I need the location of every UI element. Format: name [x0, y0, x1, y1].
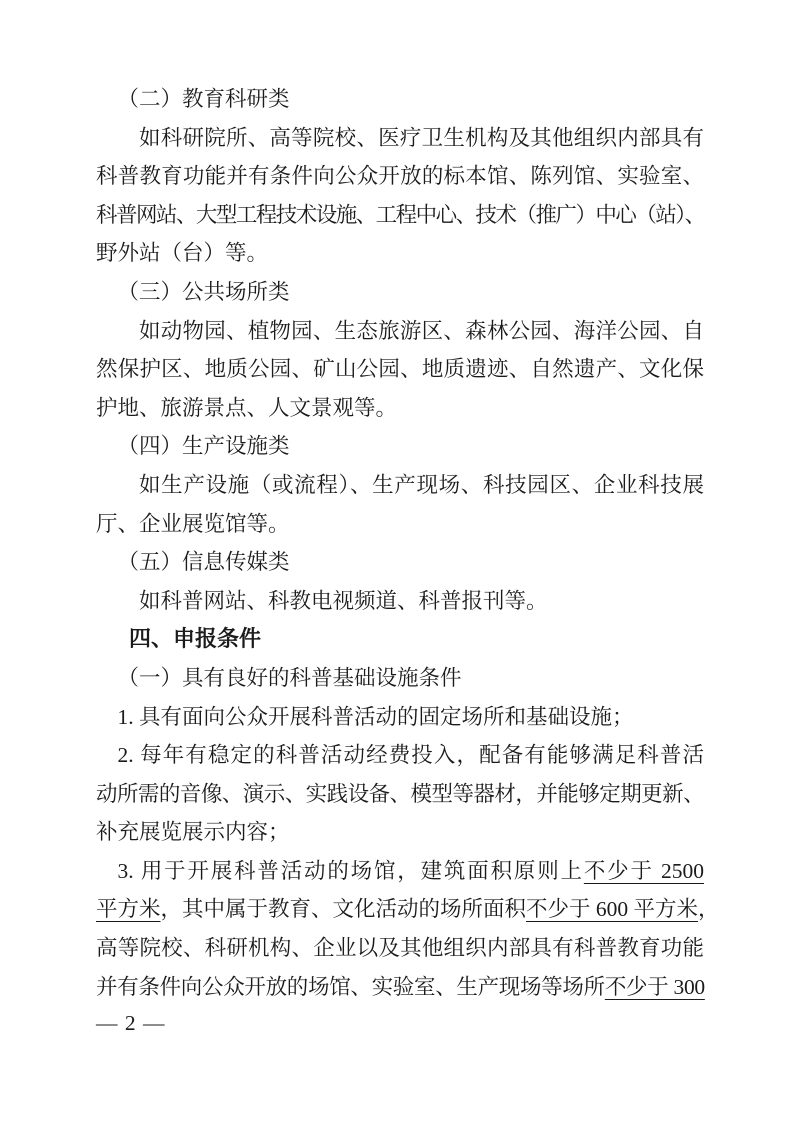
condition-item-3-line-2: 平方米，其中属于教育、文化活动的场所面积不少于 600 平方米，	[96, 890, 704, 929]
doc-line: 如科研院所、高等院校、医疗卫生机构及其他组织内部具有	[96, 119, 704, 158]
condition-item-3-line-1: 3. 用于开展科普活动的场馆，建筑面积原则上不少于 2500	[96, 852, 704, 891]
doc-line: 然保护区、地质公园、矿山公园、地质遗迹、自然遗产、文化保	[96, 350, 704, 389]
text-segment: ，	[698, 897, 720, 921]
condition-item-2-line-3: 补充展览展示内容；	[96, 813, 704, 852]
condition-item-3-line-4: 并有条件向公众开放的场馆、实验室、生产现场等场所不少于 300	[96, 968, 704, 1007]
text-segment: 3. 用于开展科普活动的场馆，建筑面积原则上	[118, 859, 584, 883]
doc-line: 野外站（台）等。	[96, 234, 704, 273]
doc-line: 厅、企业展览馆等。	[96, 505, 704, 544]
condition-item-2-line-1: 2. 每年有稳定的科普活动经费投入，配备有能够满足科普活	[96, 736, 704, 775]
page-number: — 2 —	[96, 1008, 704, 1038]
condition-item-1: 1. 具有面向公众开展科普活动的固定场所和基础设施；	[96, 698, 704, 737]
doc-line: 如动物园、植物园、生态旅游区、森林公园、海洋公园、自	[96, 312, 704, 351]
text-segment: 并有条件向公众开放的场馆、实验室、生产现场等场所	[96, 975, 605, 999]
doc-line: 护地、旅游景点、人文景观等。	[96, 389, 704, 428]
category-heading-production-facilities: （四）生产设施类	[96, 427, 704, 466]
condition-item-2-line-2: 动所需的音像、演示、实践设备、模型等器材，并能够定期更新、	[96, 775, 704, 814]
category-heading-info-media: （五）信息传媒类	[96, 543, 704, 582]
section-heading-application-conditions: 四、申报条件	[96, 620, 704, 659]
category-heading-education-research: （二）教育科研类	[96, 80, 704, 119]
underlined-area-requirement: 平方米	[96, 897, 161, 921]
subsection-heading-infrastructure: （一）具有良好的科普基础设施条件	[96, 659, 704, 698]
underlined-area-requirement: 不少于 300	[605, 975, 705, 999]
document-page: （二）教育科研类 如科研院所、高等院校、医疗卫生机构及其他组织内部具有 科普教育…	[0, 0, 794, 1123]
doc-line: 科普网站、大型工程技术设施、工程中心、技术（推广）中心（站）、	[96, 196, 704, 235]
doc-line: 如生产设施（或流程）、生产现场、科技园区、企业科技展	[96, 466, 704, 505]
doc-line: 如科普网站、科教电视频道、科普报刊等。	[96, 582, 704, 621]
underlined-area-requirement: 不少于 2500	[584, 859, 704, 883]
category-heading-public-places: （三）公共场所类	[96, 273, 704, 312]
condition-item-3-line-3: 高等院校、科研机构、企业以及其他组织内部具有科普教育功能	[96, 929, 704, 968]
doc-line: 科普教育功能并有条件向公众开放的标本馆、陈列馆、实验室、	[96, 157, 704, 196]
underlined-area-requirement: 不少于 600 平方米	[526, 897, 698, 921]
text-segment: ，其中属于教育、文化活动的场所面积	[161, 897, 527, 921]
